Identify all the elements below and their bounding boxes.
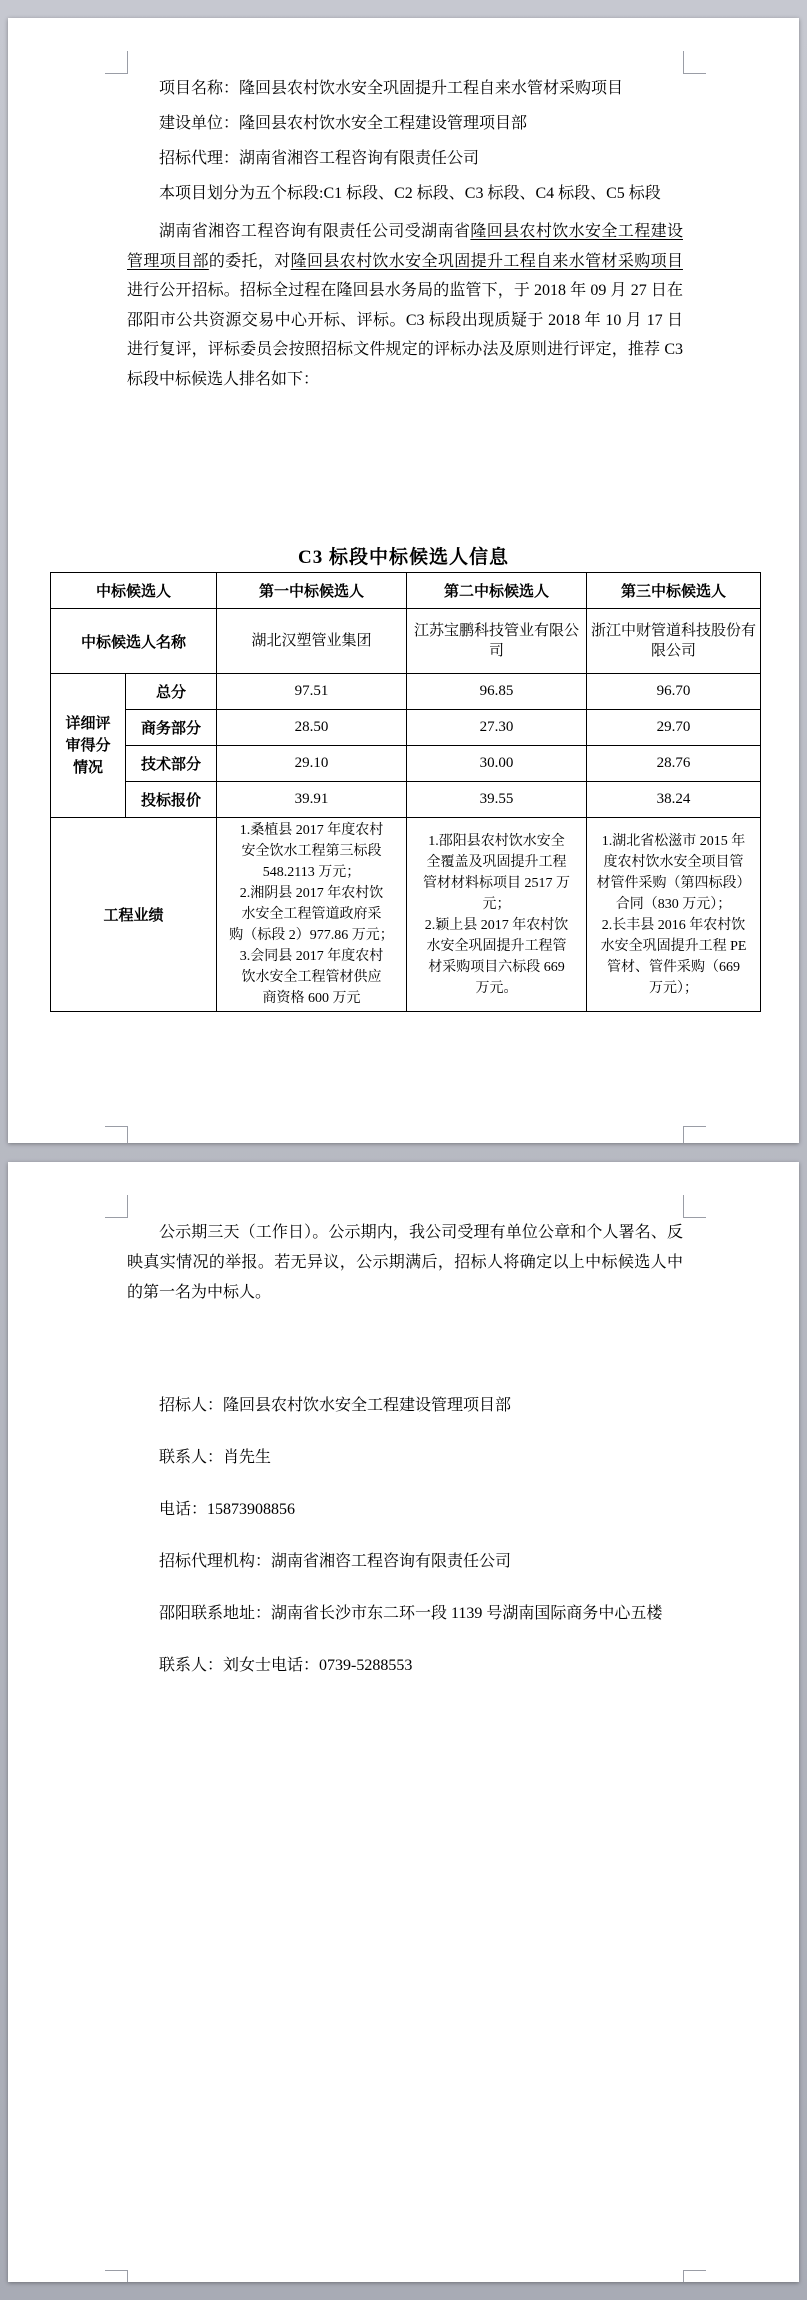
score-value-cell: 96.70: [587, 674, 761, 710]
crop-mark-top-left: [105, 1195, 128, 1218]
score-value-cell: 39.91: [217, 782, 407, 818]
score-value-cell: 27.30: [407, 710, 587, 746]
technical-score-row: 技术部分 29.10 30.00 28.76: [51, 746, 761, 782]
header-candidate: 中标候选人: [51, 573, 217, 609]
address-line: 邵阳联系地址：湖南省长沙市东二环一段 1139 号湖南国际商务中心五楼: [127, 1604, 683, 1624]
crop-mark-bottom-right: [683, 2270, 706, 2282]
agency-line: 招标代理机构：湖南省湘咨工程咨询有限责任公司: [127, 1552, 683, 1572]
business-score-row: 商务部分 28.50 27.30 29.70: [51, 710, 761, 746]
header-second-candidate: 第二中标候选人: [407, 573, 587, 609]
header-first-candidate: 第一中标候选人: [217, 573, 407, 609]
page2-text-area: 公示期三天（工作日）。公示期内，我公司受理有单位公章和个人署名、反映真实情况的举…: [127, 1218, 683, 1708]
crop-mark-bottom-right: [683, 1126, 706, 1143]
contact-block: 招标人：隆回县农村饮水安全工程建设管理项目部 联系人：肖先生 电话：158739…: [127, 1396, 683, 1676]
score-row-label: 技术部分: [126, 746, 217, 782]
page-1: 项目名称：隆回县农村饮水安全巩固提升工程自来水管材采购项目 建设单位：隆回县农村…: [8, 18, 799, 1143]
score-value-cell: 38.24: [587, 782, 761, 818]
paragraph-run: 进行公开招标。招标全过程在隆回县水务局的监管下，于 2018 年 09 月 27…: [127, 282, 683, 388]
publicity-paragraph: 公示期三天（工作日）。公示期内，我公司受理有单位公章和个人署名、反映真实情况的举…: [127, 1218, 683, 1308]
score-row-label: 商务部分: [126, 710, 217, 746]
performance-row: 工程业绩 1.桑植县 2017 年度农村 安全饮水工程第三标段 548.2113…: [51, 818, 761, 1012]
header-third-candidate: 第三中标候选人: [587, 573, 761, 609]
candidates-table: 中标候选人 第一中标候选人 第二中标候选人 第三中标候选人 中标候选人名称 湖北…: [50, 572, 761, 1012]
page1-text-area: 项目名称：隆回县农村饮水安全巩固提升工程自来水管材采购项目 建设单位：隆回县农村…: [127, 74, 683, 394]
crop-mark-bottom-left: [105, 2270, 128, 2282]
crop-mark-top-left: [105, 51, 128, 74]
total-score-row: 详细评 审得分 情况 总分 97.51 96.85 96.70: [51, 674, 761, 710]
project-name-line: 项目名称：隆回县农村饮水安全巩固提升工程自来水管材采购项目: [127, 74, 683, 104]
crop-mark-top-right: [683, 51, 706, 74]
tenderer-line: 招标人：隆回县农村饮水安全工程建设管理项目部: [127, 1396, 683, 1416]
agency-contact-line: 联系人：刘女士电话：0739-5288553: [127, 1656, 683, 1676]
score-value-cell: 29.70: [587, 710, 761, 746]
score-value-cell: 97.51: [217, 674, 407, 710]
score-value-cell: 96.85: [407, 674, 587, 710]
paragraph-run-underlined: 隆回县农村饮水安全巩固提升工程自来水管材采购项目: [291, 253, 683, 270]
crop-mark-bottom-left: [105, 1126, 128, 1143]
agency-line: 招标代理：湖南省湘咨工程咨询有限责任公司: [127, 144, 683, 174]
candidate-name-cell: 湖北汉塑管业集团: [217, 609, 407, 674]
contact-person-line: 联系人：肖先生: [127, 1448, 683, 1468]
performance-row-label: 工程业绩: [51, 818, 217, 1012]
candidate-names-row: 中标候选人名称 湖北汉塑管业集团 江苏宝鹏科技管业有限公司 浙江中财管道科技股份…: [51, 609, 761, 674]
score-value-cell: 39.55: [407, 782, 587, 818]
score-group-label: 详细评 审得分 情况: [51, 674, 126, 818]
document-background: 项目名称：隆回县农村饮水安全巩固提升工程自来水管材采购项目 建设单位：隆回县农村…: [0, 0, 807, 2300]
phone-line: 电话：15873908856: [127, 1500, 683, 1520]
name-row-label: 中标候选人名称: [51, 609, 217, 674]
score-row-label: 总分: [126, 674, 217, 710]
score-row-label: 投标报价: [126, 782, 217, 818]
performance-cell: 1.桑植县 2017 年度农村 安全饮水工程第三标段 548.2113 万元； …: [217, 818, 407, 1012]
page-2: 公示期三天（工作日）。公示期内，我公司受理有单位公章和个人署名、反映真实情况的举…: [8, 1162, 799, 2282]
score-value-cell: 28.76: [587, 746, 761, 782]
table-header-row: 中标候选人 第一中标候选人 第二中标候选人 第三中标候选人: [51, 573, 761, 609]
announcement-paragraph: 湖南省湘咨工程咨询有限责任公司受湖南省隆回县农村饮水安全工程建设管理项目部的委托…: [127, 217, 683, 394]
score-value-cell: 29.10: [217, 746, 407, 782]
score-value-cell: 30.00: [407, 746, 587, 782]
paragraph-run: 湖南省湘咨工程咨询有限责任公司受湖南省: [159, 223, 470, 240]
lots-line: 本项目划分为五个标段:C1 标段、C2 标段、C3 标段、C4 标段、C5 标段: [127, 179, 683, 209]
crop-mark-top-right: [683, 1195, 706, 1218]
candidate-name-cell: 浙江中财管道科技股份有限公司: [587, 609, 761, 674]
table-title: C3 标段中标候选人信息: [8, 542, 799, 569]
candidate-name-cell: 江苏宝鹏科技管业有限公司: [407, 609, 587, 674]
score-value-cell: 28.50: [217, 710, 407, 746]
performance-cell: 1.湖北省松滋市 2015 年 度农村饮水安全项目管 材管件采购（第四标段） 合…: [587, 818, 761, 1012]
owner-line: 建设单位：隆回县农村饮水安全工程建设管理项目部: [127, 109, 683, 139]
performance-cell: 1.邵阳县农村饮水安全 全覆盖及巩固提升工程 管材材料标项目 2517 万 元；…: [407, 818, 587, 1012]
paragraph-run: 的委托，对: [209, 253, 291, 270]
bid-price-score-row: 投标报价 39.91 39.55 38.24: [51, 782, 761, 818]
